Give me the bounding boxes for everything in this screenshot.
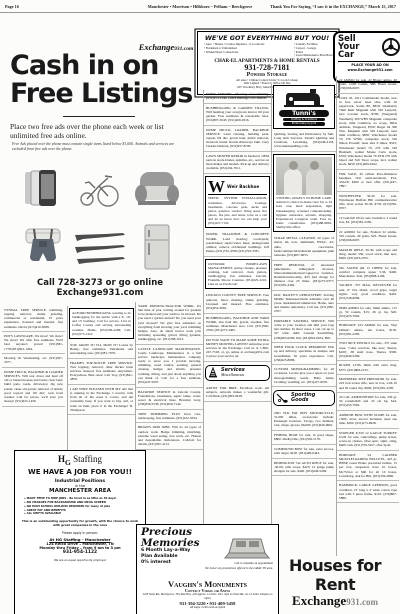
promo-fine-print: Free Ads placed over the phone must cont… [12,142,188,152]
classified-ad: 22 AMMO for sale, Federal 22 ammo, 525 r… [337,228,399,246]
classified-ad: PUP'S LAWNCARE, We mow! We mow! We mow! … [2,332,65,354]
classified-ad: 45 CAL AMMUNITION for sale, 230 gr. 50 r… [337,393,399,411]
classified-ad: 2001 H-D FAT BOY MOTORCYCLE, 31,000 mile… [272,409,336,431]
classified-ad: 9MM AMMO for sale, 9mm ammo, 115 gr, 50 … [337,304,399,322]
vaughns-name: Vaughn's Monuments [141,580,274,589]
classified-ad: DO YOU WANT TO MAKE SOME EXTRA MONEY MOW… [204,336,271,362]
classified-column-1: TYNDAL TREE SERVICE, trimming, topping r… [2,306,65,450]
rifles-icon [73,227,127,267]
tunnis-banner-sub2: Embroidery by Judi [283,122,325,125]
charel-headline: WE'VE GOT EVERYTHING BUT YOU! [201,34,333,42]
classified-ad: MARLIN RIFLE, 30-30, with scope and slin… [337,246,399,264]
baby-overalls-icon [20,225,66,269]
classified-ad: DUMP TRUCK, BACKHOE & LOADER SERVICES. W… [2,368,65,407]
classified-ad: WINCHESTER 30-30 for sale, Winchester Bu… [337,192,399,214]
hg-bullet: ALL SHIFTS AVAILABLE [24,512,140,516]
page-number: Page 16 [5,4,19,9]
classified-ad: MOSSBERG MVP PREDATOR for sale, 223 bolt… [337,375,399,393]
classified-ad: COMPOUND BOW for sale, extra arrows, wit… [272,445,336,459]
vaughns-monuments-ad: Precious Memories 6 Month Lay-a-Way Plan… [136,524,279,614]
hg-staffing-logo: HG Staffing [20,454,140,467]
classified-ad: STOEGER P-350 12 GAUGE TURKEY GUN for sa… [337,429,399,451]
column-4-ads-mid: DOZER, TRACKHOE & CONCRETE WORK. Land cl… [204,230,271,256]
armchair-icon [132,168,182,208]
classified-ad: SCRAP METAL CLEANUP, all types of metal,… [272,234,336,260]
classified-column-2: ALFORD BUSHHOGGING wanting to do bushhog… [67,306,135,450]
classified-ad: NEED YOUR CLOCK REPAIRED? Pick up and de… [272,343,336,365]
visiting-angels-boxed-ad: VISITING ANGELS IN-HOME CARE. America's … [273,154,335,233]
classified-ad: YOU GROW IT! I'LL MOW IT! Lawns by Benny… [68,341,135,359]
classified-ad: 22 AMMO for sale. 22 Blazer ammo, 40 gra… [337,76,399,94]
golf-club-icon [276,393,288,403]
classified-ad: RUGER LC9S, 9mm with extra mag, $375. (9… [337,361,399,375]
outdoor-home-lawn-boxed-ad: OUTDOOR HOME/LAWN MANAGEMENT, spring cle… [205,259,270,290]
sell-car-line2: www.Exchange931.com [338,68,400,72]
classified-ad: 12 GAUGE 00 for sale, buckshot, 5 round … [337,214,399,228]
classified-ad: AMBUSH BOW WITH SCOPE for sale, 150lb. d… [337,411,399,429]
charel-phone: 931-728-7181 [201,64,333,72]
vaughns-cards-line: All major credit cards accepted [141,606,274,609]
vaughns-call-line: Call to schedule an appointment [213,561,273,565]
tunnis-banner-sub: Quilting & Creations [283,118,325,121]
weir-backhoe-boxed-ad: W Weir Backhoe SEPTIC SYSTEM INSTALLATIO… [205,176,270,228]
page-top-strip: Page 16 Manchester • Morrison • Hillsbor… [0,0,400,13]
classified-ad: CASTLE LANDSCAPE MAINTENANCE. Castle Lan… [136,345,203,388]
services-header-subtitle: Miscellaneous [221,373,245,378]
column-4-ads-top: DON'S MOWING. Mowing and trimming. (931)… [204,90,271,174]
classified-ad: HORNADY 54 CALIBER MUZZLELOADING BULLETS… [337,451,399,481]
classified-ad: YARD MOWING/TRACTOR WORK. It's that time… [136,302,203,345]
services-misc-section-header: Services Miscellaneous [205,365,270,381]
classified-ad: SIG SAUER AR 15 UPPER for sale, comfort … [337,264,399,282]
call-to-action-line: Call 728-3273 or go online Exchange931.c… [0,278,200,298]
classified-ad: CUSTOM MONOGRAMMING for all occasions. L… [272,365,336,387]
column-5-ads-mid: SCRAP METAL CLEANUP, all types of metal,… [272,234,336,387]
hg-phone: 931-954-1122 [20,550,140,555]
promo-headline-line1: Cash in on [10,52,208,80]
column-4-ads-lower: LINCOLN COUNTY TREE SERVICE. Tree remova… [204,291,271,361]
hg-sub3: MANCHESTER AREA [20,488,140,494]
hg-staffing-job-ad: HG Staffing WE HAVE A JOB FOR YOU!! Indu… [14,450,146,614]
houses-banner-logo: Exchange931.com [270,594,400,607]
classified-ad: PORTABLE SAWMILL SERVICE. Will come to y… [272,317,336,343]
hg-paragraph: This is an outstanding opportunity for g… [20,519,140,527]
classified-ad: HAMMOCK, LARGE 2-PERSON, good condition,… [337,481,399,503]
sporting-goods-title: Sporting Goods [291,393,332,404]
classified-ad: TYNDAL TREE SERVICE, trimming, topping r… [2,306,65,332]
promo-item-images [14,158,186,276]
monument-icon [221,529,273,559]
classified-ad: COLT 45, 1911 Commander model, new in bo… [337,94,399,170]
classified-ad: FREE REMOVAL of unwanted junk/metals, ri… [272,261,336,291]
charel-bullet: Lawn Maintenance Plus More! [294,54,333,58]
sewing-machine-icon [275,87,333,109]
classified-ad: FISHING BOAT for sale, in good shape, $8… [272,431,336,445]
newspaper-page: Page 16 Manchester • Morrison • Hillsbor… [0,0,400,614]
classified-column-6: 22 AMMO for sale. 22 Blazer ammo, 40 gra… [336,76,399,556]
classified-ad: HORNADY 223 AMMO for sale, 55gr ballisti… [337,321,399,339]
classified-ad: REMINGTON 742 AUTO RIFLE for sale, .30-0… [272,459,336,477]
houses-for-rent-banner: Houses for Rent Exchange931.com [270,556,400,614]
classified-ad: BACKHOE SERVICE in Lincoln County. Found… [136,388,203,410]
houses-banner-title: Houses for Rent [270,556,400,594]
caregiver-photo [276,157,332,195]
classified-ad: ARTIST FOR HIRE. Excellent work. All sub… [204,384,271,402]
classified-ad: LINCOLN COUNTY TREE SERVICE. Tree remova… [204,291,271,313]
classified-ad: FOR SALE, 45 caliber Para-Ordnance handg… [337,170,399,192]
classified-ad: I AM VERY PLEASED WITH MY AD that is run… [68,385,135,415]
vaughns-address: 2430 Noah Rd., Beechgrove, TN (Take Hwy … [141,593,274,600]
hg-title: WE HAVE A JOB FOR YOU!! [20,468,140,476]
weir-initial: W [208,179,225,194]
promo-headline: Cash in on Free Listings [0,52,208,109]
classified-ad: TAURUS .357 MAG. REVOLVER for sale, 6″ b… [337,281,399,303]
hg-eoe-line: We are an equal opportunity employer [20,558,140,562]
hg-bullets: MANY TEMP TO HIRE JOBS – Be hired in as … [20,497,140,517]
sporting-goods-section-header: Sporting Goods [273,390,335,406]
charel-bullets-left: Apts. • Homes • Condos Duplexes - 6 Loca… [201,43,265,58]
classified-ad: FRAME'S TOP-NOTCH TREE SERVICE. Tree top… [68,359,135,385]
tricycle-icon [75,168,125,208]
hg-apply-line: Please apply in person: [20,531,140,535]
classified-ad: BRIAN'S ODD JOBS. Will do all types of o… [136,423,203,449]
classified-ad: DUMP TRUCK, LOADER, BACKHOE SERVICE. Lan… [204,126,271,152]
classified-ad: DOC BAILEY'S UPHOLSTERY: Serving Middle … [272,291,336,317]
smartphones-icon [19,168,67,208]
classified-ad: BUSHHOGGING, BACKHOE AND YARD WORK, also… [204,314,271,336]
column-5-ads-bottom: 2001 H-D FAT BOY MOTORCYCLE, 31,000 mile… [272,409,336,477]
column-5-ads-top: Quilting, Sewing and Embroidery by Judi.… [272,130,336,152]
weir-ad-text: SEPTIC SYSTEM INSTALLATION, waterlines, … [208,196,267,225]
charel-bullets-right: Laundry FacilitiesCarport - GaragePatios… [291,43,333,58]
column-4-ads-bottom: ARTIST FOR HIRE. Excellent work. All sub… [204,384,271,402]
column-2-ads: YOU GROW IT! I'LL MOW IT! Lawns by Benny… [68,341,135,415]
classified-ad: Quilting, Sewing and Embroidery by Judi.… [272,130,336,152]
classified-ad: DOZER, TRACKHOE & CONCRETE WORK. Land cl… [204,230,271,256]
headline-divider [63,116,135,117]
promo-headline-line2: Free Listings [10,80,208,108]
weir-name: Weir Backhoe [227,184,259,189]
classified-ad: DON'S MOWING. Mowing and trimming. (931)… [204,90,271,104]
traffic-cone-icon [208,367,218,378]
charel-bullet: Washer/Dryer Connections [204,51,265,55]
classified-ad: TREE TRIMMING PLUS lawn care, landscapin… [136,410,203,424]
promo-body: Place two free ads over the phone each w… [10,122,190,141]
refrigerator-icon [142,223,172,271]
classified-ad: BUSHHOGGING & GARDEN TILLING. Will bushh… [204,104,271,126]
classified-ad: Mowing Or Weedeating, etc. (931)307-3377… [2,354,65,368]
visiting-angels-text: VISITING ANGELS IN-HOME CARE. America's … [276,196,332,229]
alford-bushhogging-boxed-ad: ALFORD BUSHHOGGING wanting to do bushhog… [69,308,134,339]
vaughns-promo-line: We honor any promotions offered in the m… [203,566,273,570]
thanks-line: Thank You For Saying, “I saw it in the E… [270,4,396,9]
classified-ad: LAWN MOWER REPAIR in Decherd. OEM parts … [204,152,271,174]
classified-ad: TWO NICE PISTOLS for sale, .357 snub nos… [337,339,399,361]
classified-column-5: Tunni's Quilting & Creations Embroidery … [271,84,336,556]
tunnis-banner: Tunni's [279,110,329,117]
steering-wheel-icon [381,37,400,57]
classified-column-4: DON'S MOWING. Mowing and trimming. (931)… [203,90,271,524]
tunnis-quilting-boxed-ad: Tunni's Quilting & Creations Embroidery … [273,85,335,129]
